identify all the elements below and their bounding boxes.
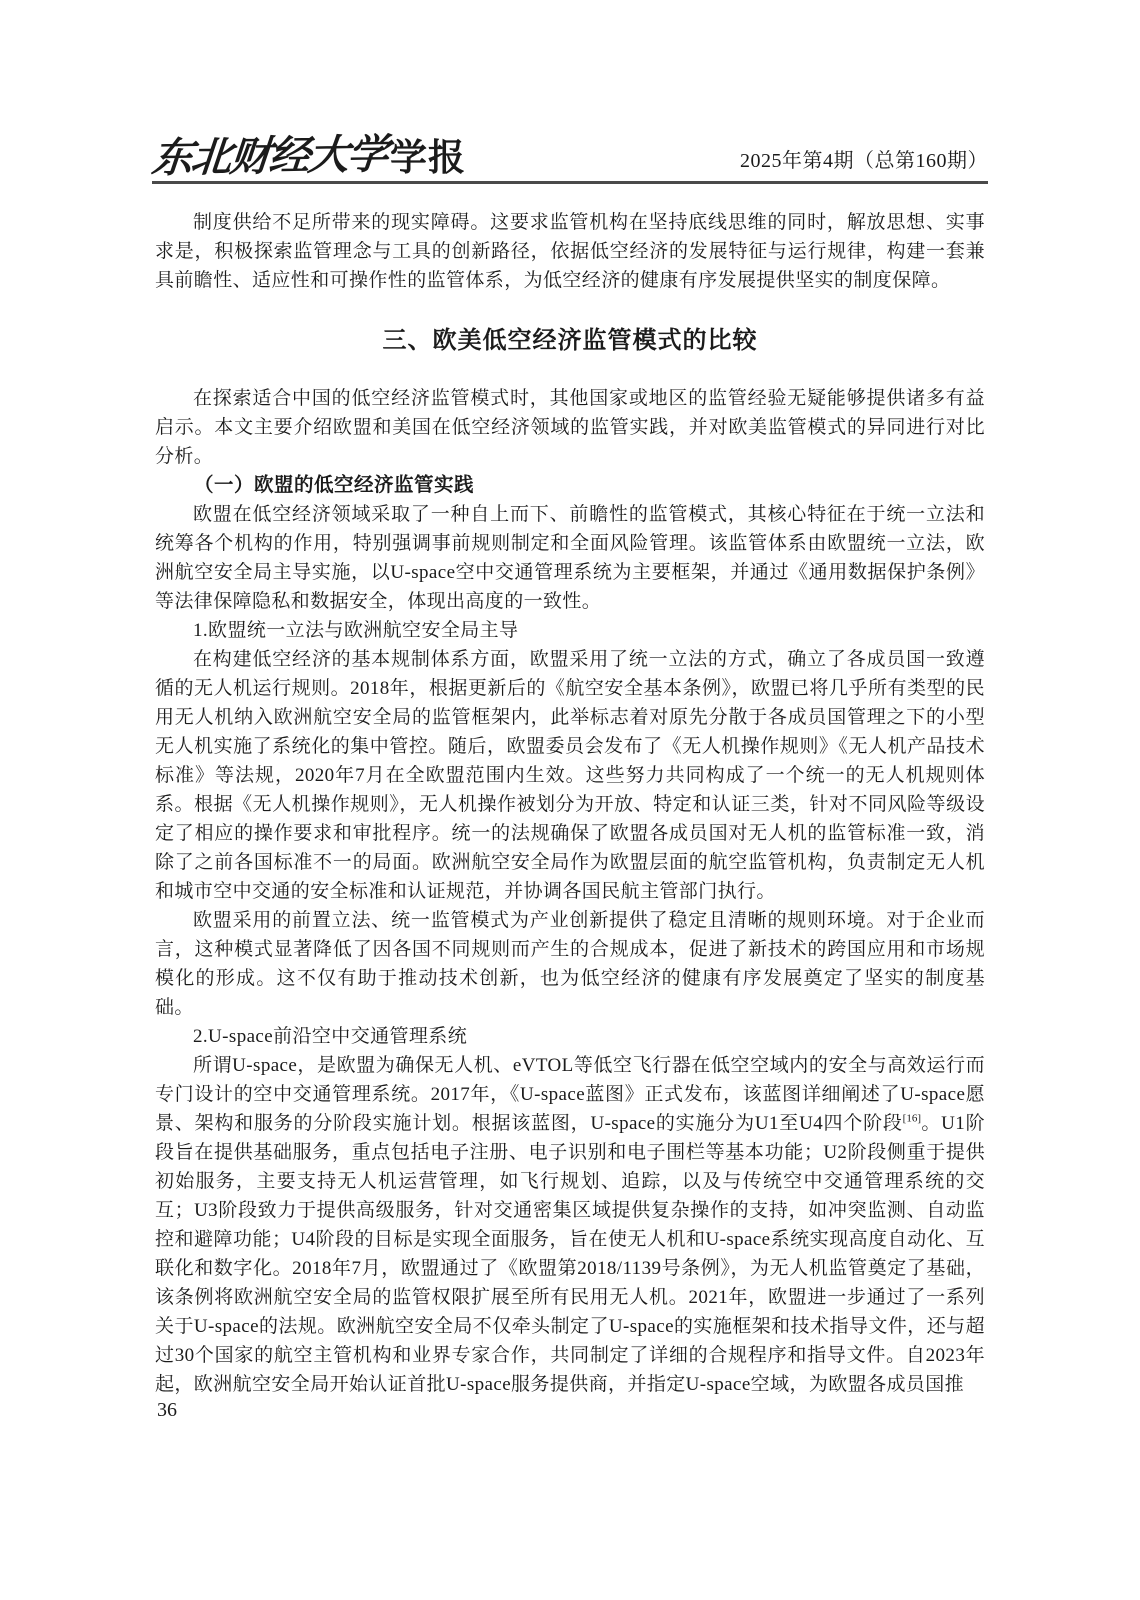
section-heading: 三、欧美低空经济监管模式的比较 [155, 325, 985, 357]
paragraph-subsection-intro: 欧盟在低空经济领域采取了一种自上而下、前瞻性的监管模式，其核心特征在于统一立法和… [155, 500, 985, 616]
subsection-heading: （一）欧盟的低空经济监管实践 [155, 471, 985, 500]
journal-page: 东北财经大学学报 2025年第4期（总第160期） 制度供给不足所带来的现实障碍… [0, 0, 1140, 1600]
reference-marker-16: [16] [903, 1113, 921, 1125]
paragraph-intro-continuation: 制度供给不足所带来的现实障碍。这要求监管机构在坚持底线思维的同时，解放思想、实事… [155, 208, 985, 295]
journal-logo-calligraphy: 东北财经大学 [150, 134, 388, 179]
journal-logo-suffix: 学报 [390, 139, 466, 176]
page-header: 东北财经大学学报 2025年第4期（总第160期） [152, 0, 988, 184]
issue-info: 2025年第4期（总第160期） [740, 151, 988, 177]
page-number: 36 [157, 1400, 177, 1420]
paragraph-point2-body: 所谓U-space，是欧盟为确保无人机、eVTOL等低空飞行器在低空空域内的安全… [155, 1051, 985, 1399]
numbered-heading-1: 1.欧盟统一立法与欧洲航空安全局主导 [155, 616, 985, 645]
numbered-heading-2: 2.U-space前沿空中交通管理系统 [155, 1022, 985, 1051]
paragraph-point1-body: 在构建低空经济的基本规制体系方面，欧盟采用了统一立法的方式，确立了各成员国一致遵… [155, 645, 985, 906]
paragraph-point2-text-after-reference: 。U1阶段旨在提供基础服务，重点包括电子注册、电子识别和电子围栏等基本功能；U2… [155, 1113, 985, 1395]
paragraph-section-intro: 在探索适合中国的低空经济监管模式时，其他国家或地区的监管经验无疑能够提供诸多有益… [155, 384, 985, 471]
article-body: 制度供给不足所带来的现实障碍。这要求监管机构在坚持底线思维的同时，解放思想、实事… [155, 208, 985, 1399]
paragraph-point2-text-before-reference: 所谓U-space，是欧盟为确保无人机、eVTOL等低空飞行器在低空空域内的安全… [155, 1055, 985, 1134]
paragraph-point1-summary: 欧盟采用的前置立法、统一监管模式为产业创新提供了稳定且清晰的规则环境。对于企业而… [155, 906, 985, 1022]
journal-logo: 东北财经大学学报 [152, 136, 466, 177]
